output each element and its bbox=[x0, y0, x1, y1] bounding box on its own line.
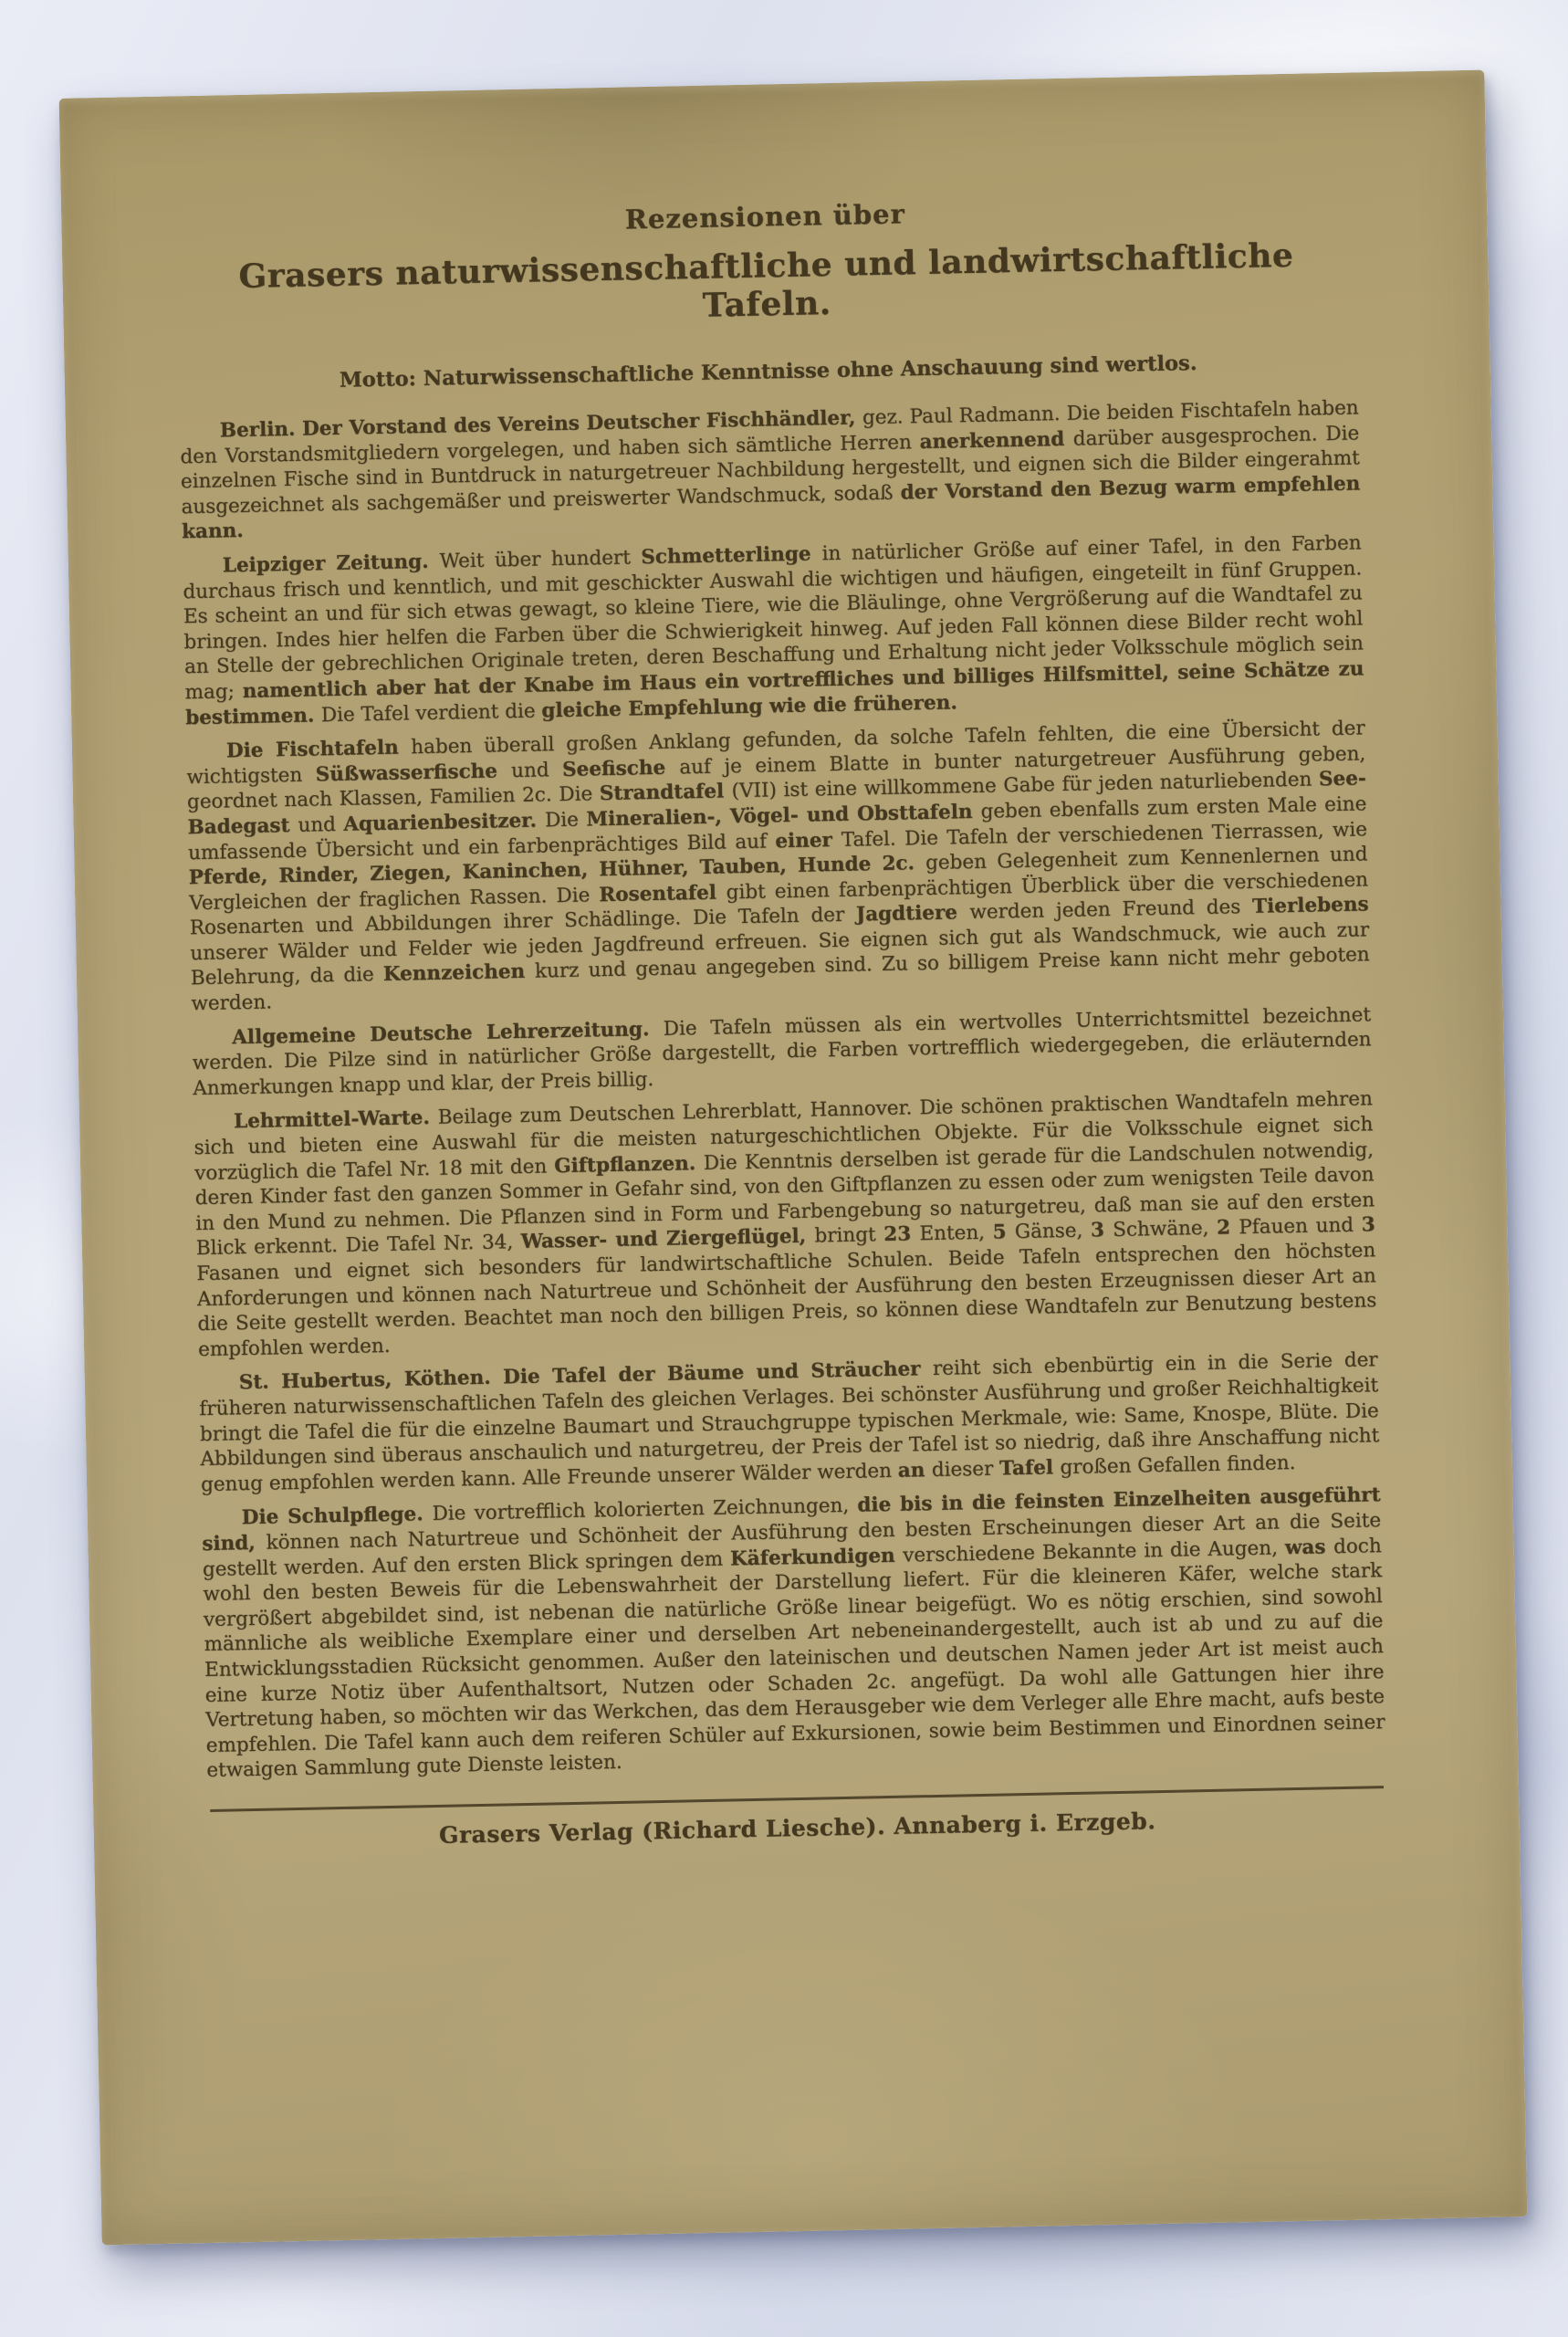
review-lehrerzeitung: Allgemeine Deutsche Lehrerzeitung. Die T… bbox=[192, 1002, 1372, 1102]
review-lehrmittel-warte: Lehrmittel-Warte. Beilage zum Deutschen … bbox=[193, 1087, 1377, 1363]
review-st-hubertus: St. Hubertus, Köthen. Die Tafel der Bäum… bbox=[199, 1348, 1381, 1498]
publisher-imprint: Grasers Verlag (Richard Liesche). Annabe… bbox=[208, 1803, 1387, 1853]
motto-line: Motto: Naturwissenschaftliche Kenntnisse… bbox=[179, 348, 1358, 395]
photo-background: { "photo": { "background_color": "#e3e6f… bbox=[0, 0, 1568, 2337]
review-list: Berlin. Der Vorstand des Vereins Deutsch… bbox=[180, 395, 1386, 1784]
review-leipziger-zeitung: Leipziger Zeitung. Weit über hundert Sch… bbox=[183, 530, 1365, 730]
page-content: Rezensionen über Grasers naturwissenscha… bbox=[173, 72, 1396, 2242]
page-title-line2: Grasers naturwissenschaftliche und landw… bbox=[176, 235, 1356, 335]
review-schulpflege: Die Schulpflege. Die vortrefflich kolori… bbox=[202, 1483, 1386, 1784]
document-page: Rezensionen über Grasers naturwissenscha… bbox=[59, 70, 1528, 2246]
page-title-line1: Rezensionen über bbox=[175, 189, 1354, 244]
review-berlin: Berlin. Der Vorstand des Vereins Deutsch… bbox=[180, 395, 1362, 545]
review-fischtafeln: Die Fischtafeln haben überall großen Ank… bbox=[186, 716, 1371, 1016]
